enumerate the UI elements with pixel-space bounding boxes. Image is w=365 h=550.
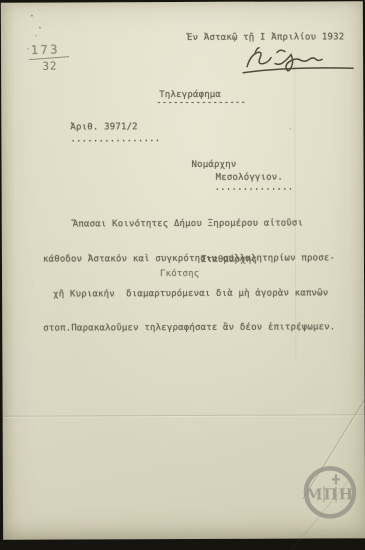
recipient-dotted-line: .............. xyxy=(215,183,294,193)
handwritten-note xyxy=(239,44,359,77)
protocol-dotted-line: ................ xyxy=(70,134,160,144)
body-line: χῆ Κυριακήν διαμαρτυρόμεναι διὰ μὴ ἀγορὰ… xyxy=(43,288,348,304)
archive-stamp-cross-icon xyxy=(332,474,340,484)
archive-stamp: ΜΠΗ xyxy=(301,463,359,521)
ref-number-top: 173 xyxy=(31,42,69,57)
paper-speck xyxy=(39,27,41,29)
archive-stamp-letters: ΜΠΗ xyxy=(306,485,354,503)
doc-type-underline: ---------------- xyxy=(156,98,246,108)
protocol-number: Ἀριθ. 3971/2 xyxy=(70,122,137,132)
paper-speck xyxy=(289,128,291,130)
recipient-name: Νομάρχην xyxy=(192,160,237,170)
fold-line-horizontal xyxy=(3,414,365,417)
paper-speck xyxy=(27,48,29,50)
body-line: κάθοδον Ἀστακόν καὶ συγκρότησιν συλλαλητ… xyxy=(43,253,348,269)
recipient-location: Μεσολόγγιον. xyxy=(216,173,283,183)
paper-speck xyxy=(35,35,37,37)
ref-number-bottom: 32 xyxy=(42,59,69,73)
document-paper: 173 32 Ἐν Ἀστακῷ τῇ Ι Ἀπριλίου 1932 Τηλε… xyxy=(1,1,365,540)
body-line: Ἅπασαι Κοινότητες Δήμου Ξηρομέρου αἰτοῦσ… xyxy=(43,218,348,234)
body-line: στοπ.Παρακαλοῦμεν τηλεγραφήσατε ἂν δέον … xyxy=(43,323,348,339)
ref-number-block: 173 32 xyxy=(31,42,70,73)
signature-name: Γκότσης xyxy=(160,269,199,279)
date-line: Ἐν Ἀστακῷ τῇ Ι Ἀπριλίου 1932 xyxy=(187,32,344,43)
paper-speck xyxy=(31,15,33,17)
paper-speck xyxy=(298,329,300,331)
photograph-background: 173 32 Ἐν Ἀστακῷ τῇ Ι Ἀπριλίου 1932 Τηλε… xyxy=(0,0,365,550)
handwritten-note-ink xyxy=(243,47,353,72)
signature-title: Σταθμάρχης xyxy=(201,255,257,265)
